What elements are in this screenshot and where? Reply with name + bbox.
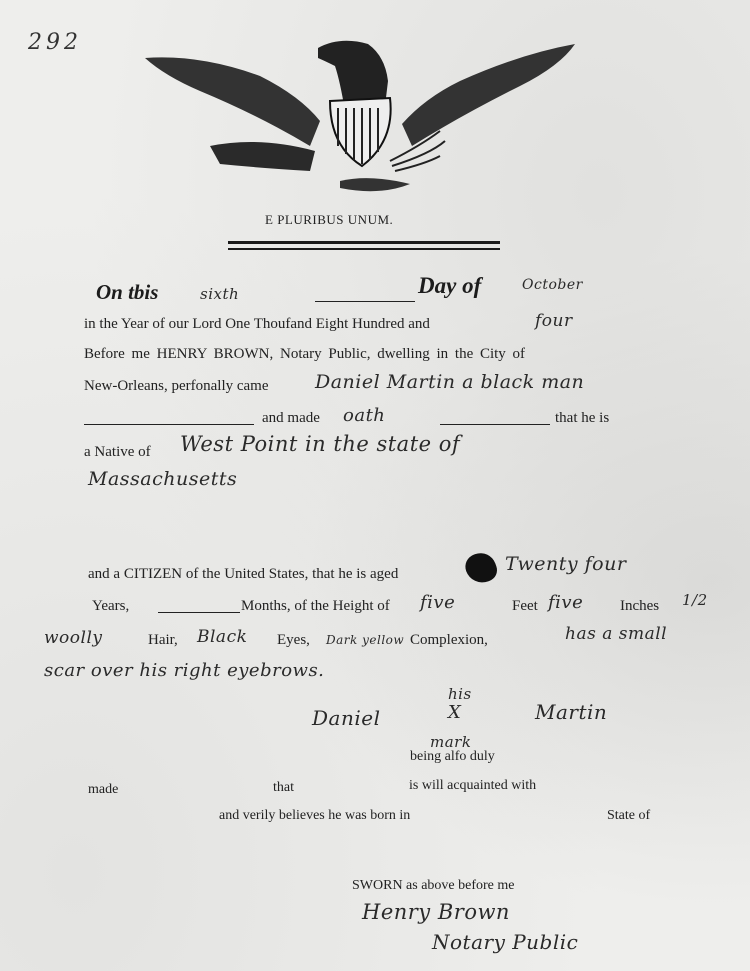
line-year: in the Year of our Lord One Thoufand Eig…	[84, 316, 430, 333]
native-of-label: a Native of	[84, 444, 151, 461]
sworn-statement: SWORN as above before me	[352, 878, 515, 894]
citizen-line: and a CITIZEN of the United States, that…	[88, 566, 398, 583]
filled-height-feet: five	[420, 592, 455, 613]
notary-title: Notary Public	[432, 930, 578, 954]
filled-complexion: Dark yellow	[326, 633, 404, 647]
years-label: Years,	[92, 598, 129, 615]
divider-rule	[228, 241, 500, 244]
filled-height-inches: five	[548, 592, 583, 613]
signature-his: his	[448, 685, 472, 703]
verily-believes: and verily believes he was born in	[219, 808, 410, 824]
filled-remarks-line2: scar over his right eyebrows.	[44, 660, 324, 681]
is-will-acquainted: is will acquainted with	[409, 778, 536, 794]
that-he-is: that he is	[555, 410, 609, 427]
filled-native-of-line2: Massachusetts	[88, 468, 237, 490]
being-also-duly: being alfo duly	[410, 749, 495, 765]
signature-x-mark: X	[448, 702, 461, 723]
eyes-label: Eyes,	[277, 632, 310, 649]
notary-signature: Henry Brown	[362, 900, 510, 924]
page-number: 292	[28, 30, 82, 55]
line-came: New-Orleans, perfonally came	[84, 378, 269, 395]
heading-day-of: Day of	[418, 273, 481, 299]
filled-year: four	[535, 311, 573, 331]
signature-first-name: Daniel	[312, 706, 380, 730]
months-height-label: Months, of the Height of	[241, 598, 390, 615]
filled-person-name: Daniel Martin a black man	[315, 371, 584, 393]
made-label: made	[88, 782, 118, 798]
filled-made-what: oath	[343, 405, 385, 426]
divider-rule-thin	[228, 248, 500, 250]
ink-blot	[462, 549, 500, 587]
heading-on-this: On tbis	[96, 280, 158, 305]
blank-line	[440, 424, 550, 425]
hair-label: Hair,	[148, 632, 178, 649]
complexion-label: Complexion,	[410, 632, 488, 649]
motto: E PLURIBUS UNUM.	[265, 212, 393, 228]
blank-line	[315, 301, 415, 302]
filled-hair: woolly	[44, 628, 103, 648]
filled-height-fraction: 1/2	[682, 591, 708, 609]
inches-label: Inches	[620, 598, 659, 615]
filled-eyes: Black	[197, 627, 247, 647]
feet-label: Feet	[512, 598, 538, 615]
that-label: that	[273, 780, 294, 796]
blank-line	[158, 612, 240, 613]
filled-age: Twenty four	[505, 553, 626, 575]
filled-day: sixth	[200, 285, 239, 303]
eagle-with-shield-icon	[140, 36, 580, 206]
filled-remarks-line1: has a small	[565, 624, 667, 644]
state-of-label: State of	[607, 808, 650, 824]
filled-native-of-line1: West Point in the state of	[180, 432, 460, 456]
signature-last-name: Martin	[535, 700, 607, 724]
and-made: and made	[262, 410, 320, 427]
filled-month: October	[522, 277, 583, 293]
line-before-notary: Before me HENRY BROWN, Notary Public, dw…	[84, 346, 525, 363]
blank-line	[84, 424, 254, 425]
